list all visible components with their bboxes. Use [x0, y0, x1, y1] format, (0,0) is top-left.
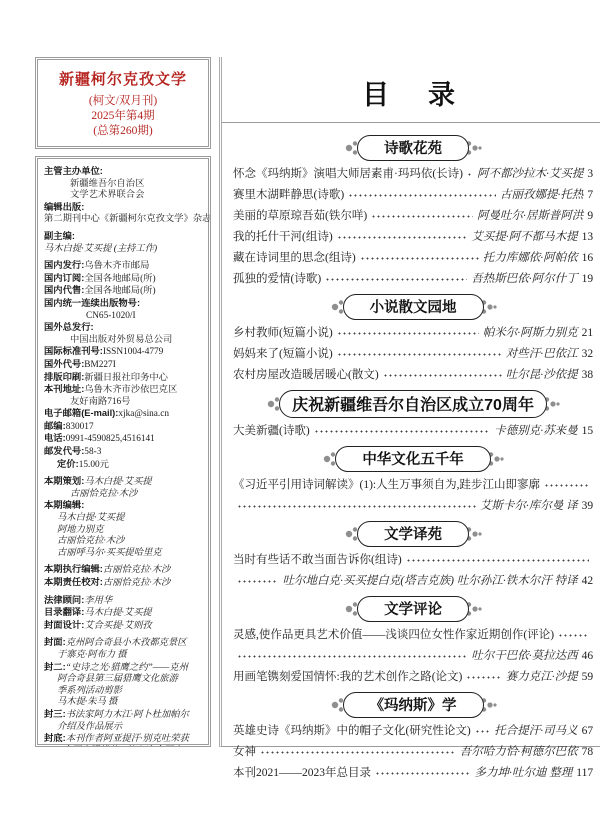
section-banner-row: 《玛纳斯》学 — [233, 692, 593, 718]
info-line: 本刊地址:乌鲁木齐市沙依巴克区 — [44, 384, 203, 397]
toc-entry-title: 怀念《玛纳斯》演唱大师居素甫·玛玛依(长诗) — [233, 164, 463, 185]
toc-entry-page: 38 — [582, 365, 594, 386]
toc-entry: 乡村教师(短篇小说)帕米尔·阿斯力别克21 — [233, 323, 593, 344]
section-banner: 庆祝新疆维吾尔自治区成立70周年 — [279, 390, 547, 418]
info-line-value: 全国各地邮局(所) — [84, 274, 155, 284]
info-line: 法律顾问:李用华 — [44, 595, 203, 608]
toc-entry-author: 托力库娜依·阿帕依 — [483, 248, 578, 269]
info-line: 目录翻译:马木白提·艾买提 — [44, 607, 203, 620]
toc-dot-leader — [375, 771, 471, 776]
toc-dot-leader — [260, 750, 456, 755]
info-line: 国内统一连续出版物号: — [44, 298, 203, 311]
info-line-label: 封面设计: — [44, 620, 84, 630]
toc-dot-leader — [371, 214, 473, 219]
info-line-label: 本期责任校对: — [44, 577, 103, 587]
imprint-info-box: 主管主办单位:新疆维吾尔自治区文学艺术界联合会编辑出版:第二期刊中心《新疆柯尔克… — [35, 156, 211, 747]
toc-dot-leader — [337, 235, 468, 240]
toc-dot-leader — [544, 483, 589, 488]
info-line-label: 主管主办单位: — [44, 166, 103, 176]
info-line: 本期责任校对:古丽恰克拉·木沙 — [44, 577, 203, 590]
info-line: 国外总发行: — [44, 322, 203, 335]
info-line: 封面:克州阿合奇县小木孜都克景区 — [44, 637, 203, 650]
toc-dot-leader — [314, 429, 491, 434]
info-line-value: 阿地力别克 — [57, 525, 103, 535]
info-line: “全国自强模范”(第七次全国自 — [44, 746, 203, 747]
info-line-label: 本期策划: — [44, 476, 84, 486]
toc-dot-leader — [558, 633, 589, 638]
info-line-value: 古丽恰克拉·木沙 — [70, 489, 137, 499]
toc-entry-author: 吾尔哈力恰·柯德尔巴依 — [460, 742, 578, 763]
toc-entry-author: 赛力克江·沙提 — [506, 667, 578, 688]
toc-entry-line2: 艾斯卡尔·库尔曼 译39 — [233, 496, 593, 517]
info-line-value: 全国各地邮局(所) — [84, 286, 155, 296]
toc-entry-title: 我的托什干河(组诗) — [233, 227, 333, 248]
masthead-box: 新疆柯尔克孜文学 (柯文/双月刊) 2025年第4期 (总第260期) — [35, 57, 211, 149]
toc-entry-title: 藏在诗词里的思念(组诗) — [233, 248, 356, 269]
info-line: 马木白提·艾买提 (主持工作) — [44, 244, 203, 256]
info-line-value: BM227I — [84, 360, 116, 370]
info-line-label: 国内代售: — [44, 285, 84, 295]
toc-dot-leader — [337, 331, 479, 336]
info-line: 国际标准刊号:ISSN1004-4779 — [44, 346, 203, 359]
section-banner: 《玛纳斯》学 — [343, 692, 484, 718]
info-line-value: 古丽恰克拉·木沙 — [57, 536, 124, 546]
section-banner-row: 庆祝新疆维吾尔自治区成立70周年 — [233, 390, 593, 418]
info-line: 古丽恰克拉·木沙 — [44, 489, 203, 501]
info-line-label: 法律顾问: — [44, 595, 84, 605]
toc-entry-title: 用画笔镌刻爱国情怀:我的艺术创作之路(论文) — [233, 667, 462, 688]
toc-dot-leader — [325, 277, 467, 282]
toc-entry-page: 117 — [576, 763, 593, 784]
toc-entry-page: 46 — [582, 646, 594, 667]
info-line: 文学艺术界联合会 — [44, 190, 203, 202]
section-banner: 文学译苑 — [357, 521, 469, 547]
info-line-value: 新疆日报社印务中心 — [84, 373, 168, 383]
toc-entry: 本刊2021——2023年总目录多力坤·吐尔迪 整理117 — [233, 763, 593, 784]
toc-entry-title: 孤独的爱情(诗歌) — [233, 269, 321, 290]
info-line: 邮发代号:58-3 — [44, 446, 203, 459]
info-line-value: xjka@sina.cn — [118, 409, 169, 419]
section-banner: 诗歌花苑 — [357, 135, 469, 161]
toc-entry-line2: 吐尔干巴依·莫拉达西46 — [233, 646, 593, 667]
info-line-label: 国外总发行: — [44, 322, 94, 332]
info-line: 封三:书法家阿力木江·阿卜杜加帕尔 — [44, 709, 203, 722]
toc-entry-page: 39 — [582, 496, 594, 517]
info-line: 阿合奇县第三届猎鹰文化旅游 — [44, 674, 203, 686]
info-line: 本期执行编辑:古丽恰克拉·木沙 — [44, 564, 203, 577]
toc-entry-author: 多力坤·吐尔迪 整理 — [475, 763, 573, 784]
toc-entry-title: 当时有些话不敢当面告诉你(组诗) — [233, 550, 402, 571]
toc-header: 目 录 — [222, 57, 600, 123]
toc-entry: 大美新疆(诗歌)卡德别克·苏来曼15 — [233, 421, 593, 442]
info-line: 第二期刊中心《新疆柯尔克孜文学》杂志 — [44, 214, 203, 226]
section-banner-row: 诗歌花苑 — [233, 135, 593, 161]
info-line-value: 0991-4590825,4516141 — [66, 434, 155, 444]
info-line-value: 李用华 — [84, 596, 112, 606]
toc-entry-title: 乡村教师(短篇小说) — [233, 323, 333, 344]
info-line-value: 马木白提·艾买提 (主持工作) — [44, 244, 157, 254]
info-line-label: 目录翻译: — [44, 607, 84, 617]
info-line: 古丽恰克拉·木沙 — [44, 536, 203, 548]
info-line-label: 电话: — [44, 433, 66, 443]
toc-dot-leader — [237, 579, 278, 584]
toc-entry-line1: 《习近平引用诗词解读》(1):人生万事须自为,跬步江山即寥廓 — [233, 475, 593, 496]
info-line-label: 电子邮箱(E-mail): — [44, 408, 118, 418]
section-banner: 小说散文园地 — [343, 294, 484, 320]
info-line-value: 马木白提·艾买提 — [57, 513, 124, 523]
info-line-label: 排版印刷: — [44, 372, 84, 382]
toc-dot-leader — [383, 373, 502, 378]
toc-entry-line1: 当时有些话不敢当面告诉你(组诗) — [233, 550, 593, 571]
info-line-label: 副主编: — [44, 231, 75, 241]
toc-entry: 用画笔镌刻爱国情怀:我的艺术创作之路(论文)赛力克江·沙提59 — [233, 667, 593, 688]
info-line: 中国出版对外贸易总公司 — [44, 335, 203, 347]
info-line: 编辑出版: — [44, 202, 203, 215]
toc-entry: 怀念《玛纳斯》演唱大师居素甫·玛玛依(长诗)阿不都沙拉木·艾买提3 — [233, 164, 593, 185]
info-line-value: CN65-1020/I — [86, 311, 136, 321]
toc-entry-author: 吐尔干巴依·莫拉达西 — [471, 646, 577, 667]
toc-entry-page: 19 — [582, 269, 594, 290]
toc-entry: 女神吾尔哈力恰·柯德尔巴依78 — [233, 742, 593, 763]
info-line-label: 封面: — [44, 637, 66, 647]
info-line: 定价:15.00元 — [44, 459, 203, 472]
toc-entry-title: 赛里木湖畔静思(诗歌) — [233, 185, 344, 206]
toc-entry: 赛里木湖畔静思(诗歌)古丽孜娜提·托热7 — [233, 185, 593, 206]
info-line-value: 15.00元 — [79, 460, 109, 470]
issue-number: 2025年第4期 — [40, 109, 206, 124]
toc-entry-page: 59 — [582, 667, 594, 688]
toc-entry-page: 7 — [587, 185, 593, 206]
toc-column: 目 录 诗歌花苑怀念《玛纳斯》演唱大师居素甫·玛玛依(长诗)阿不都沙拉木·艾买提… — [219, 57, 600, 747]
info-line-label: 国外代号: — [44, 359, 84, 369]
info-line: 封二:“史诗之光·猎鹰之约”——克州 — [44, 662, 203, 675]
toc-entry-title: 美丽的草原琼吾茹(铁尔咩) — [233, 206, 367, 227]
info-line-value: 马木提·朱马 摄 — [57, 697, 117, 707]
info-line-label: 定价: — [57, 459, 79, 469]
info-line: 马木白提·艾买提 — [44, 513, 203, 525]
toc-entry-title: 《习近平引用诗词解读》(1):人生万事须自为,跬步江山即寥廓 — [233, 475, 540, 496]
toc-entry-author: 阿不都沙拉木·艾买提 — [477, 164, 583, 185]
toc-entry: 孤独的爱情(诗歌)吾热斯巴依·阿尔什丁19 — [233, 269, 593, 290]
info-line-value: 艾合买提·艾则孜 — [84, 621, 151, 631]
info-line-value: 阿合奇县第三届猎鹰文化旅游 — [57, 674, 178, 684]
toc-entry-author: 艾买提·阿不都马木提 — [471, 227, 577, 248]
toc-entry-author: 吐尔昆·沙依提 — [506, 365, 578, 386]
info-line-value: 季系列活动剪影 — [57, 686, 122, 696]
info-line-value: 友好南路716号 — [70, 397, 130, 407]
section-banner-row: 文学译苑 — [233, 521, 593, 547]
info-line-label: 封二: — [44, 662, 66, 672]
toc-entry-author: 阿曼吐尔·居斯普阿洪 — [477, 206, 583, 227]
info-line-label: 本刊地址: — [44, 384, 84, 394]
toc-entry: 美丽的草原琼吾茹(铁尔咩)阿曼吐尔·居斯普阿洪9 — [233, 206, 593, 227]
toc-entry-page: 67 — [582, 721, 594, 742]
info-line-value: 乌鲁木齐市邮局 — [84, 261, 149, 271]
section-banner: 文学评论 — [357, 596, 469, 622]
info-line-value: 新疆维吾尔自治区 — [70, 179, 144, 189]
section-banner-row: 文学评论 — [233, 596, 593, 622]
info-line: 封底:本刊作者阿亚提汗·别克吐荣获 — [44, 733, 203, 746]
info-line-value: 乌鲁木齐市沙依巴克区 — [84, 385, 177, 395]
toc-entry-title: 妈妈来了(短篇小说) — [233, 344, 333, 365]
toc-entry-page: 32 — [582, 344, 594, 365]
info-line-label: 本期编辑: — [44, 500, 84, 510]
info-line-value: 58-3 — [84, 447, 101, 457]
info-line-value: ISSN1004-4779 — [103, 347, 163, 357]
toc-entry-page: 16 — [582, 248, 594, 269]
info-line: 主管主办单位: — [44, 166, 203, 179]
info-line-value: 830017 — [66, 422, 94, 432]
toc-entry-title: 农村房屋改造暖居暖心(散文) — [233, 365, 379, 386]
info-line-value: 马木白提·艾买提 — [84, 608, 151, 618]
info-line: 新疆维吾尔自治区 — [44, 179, 203, 191]
info-line-label: 邮发代号: — [44, 446, 84, 456]
info-line: 本期编辑: — [44, 500, 203, 513]
info-line: 本期策划:马木白提·艾买提 — [44, 476, 203, 489]
info-line: 古丽呼马尔·买买提哈里克 — [44, 548, 203, 560]
info-line: 国内代售:全国各地邮局(所) — [44, 285, 203, 298]
toc-sections: 诗歌花苑怀念《玛纳斯》演唱大师居素甫·玛玛依(长诗)阿不都沙拉木·艾买提3赛里木… — [233, 131, 593, 784]
info-line-label: 国内订阅: — [44, 273, 84, 283]
section-banner-row: 中华文化五千年 — [233, 446, 593, 472]
toc-entry: 妈妈来了(短篇小说)对些汗·巴依江32 — [233, 344, 593, 365]
imprint-sidebar: 新疆柯尔克孜文学 (柯文/双月刊) 2025年第4期 (总第260期) 主管主办… — [35, 57, 211, 747]
toc-entry-author: 托合提汗·司马义 — [494, 721, 577, 742]
toc-entry-title: 英雄史诗《玛纳斯》中的帽子文化(研究性论文) — [233, 721, 471, 742]
toc-entry-page: 13 — [582, 227, 594, 248]
toc-entry-page: 15 — [582, 421, 594, 442]
info-line: 马木提·朱马 摄 — [44, 697, 203, 709]
toc-dot-leader — [467, 172, 473, 177]
toc-dot-leader — [475, 729, 491, 734]
info-line-value: 古丽恰克拉·木沙 — [103, 565, 170, 575]
toc-dot-leader — [337, 352, 502, 357]
toc-entry-author: 艾斯卡尔·库尔曼 译 — [480, 496, 578, 517]
info-line-label: 国内统一连续出版物号: — [44, 298, 140, 308]
toc-entry-author: 卡德别克·苏来曼 — [494, 421, 577, 442]
toc-entry-author: 古丽孜娜提·托热 — [500, 185, 583, 206]
toc-entry-line2: 吐尔地白克·买买提白克(塔吉克族) 吐尔孙江·铁木尔汗 特译42 — [233, 571, 593, 592]
info-line: 国外代号:BM227I — [44, 359, 203, 372]
info-line: CN65-1020/I — [44, 311, 203, 323]
info-line-label: 封底: — [44, 733, 66, 743]
toc-entry-page: 42 — [582, 571, 594, 592]
info-line: 于寨克·阿布力 摄 — [44, 650, 203, 662]
toc-dot-leader — [348, 193, 496, 198]
info-line-value: 中国出版对外贸易总公司 — [70, 335, 172, 345]
info-line: 电子邮箱(E-mail):xjka@sina.cn — [44, 408, 203, 421]
info-line-label: 封三: — [44, 709, 66, 719]
toc-entry-title: 女神 — [233, 742, 256, 763]
info-line-value: 文学艺术界联合会 — [70, 190, 144, 200]
magazine-subtitle: (柯文/双月刊) — [40, 94, 206, 109]
toc-entry-page: 78 — [582, 742, 594, 763]
toc-entry-author: 吐尔地白克·买买提白克(塔吉克族) 吐尔孙江·铁木尔汗 特译 — [282, 571, 577, 592]
toc-entry: 农村房屋改造暖居暖心(散文)吐尔昆·沙依提38 — [233, 365, 593, 386]
info-line-value: “全国自强模范”(第七次全国自 — [57, 746, 182, 747]
info-line: 国内订阅:全国各地邮局(所) — [44, 273, 203, 286]
info-line-value: 古丽恰克拉·木沙 — [103, 578, 170, 588]
info-line-label: 国际标准刊号: — [44, 346, 103, 356]
info-line-label: 邮编: — [44, 421, 66, 431]
info-line: 国内发行:乌鲁木齐市邮局 — [44, 260, 203, 273]
page-layout: 新疆柯尔克孜文学 (柯文/双月刊) 2025年第4期 (总第260期) 主管主办… — [35, 57, 577, 747]
total-issue-number: (总第260期) — [40, 124, 206, 139]
info-line: 电话:0991-4590825,4516141 — [44, 433, 203, 446]
info-line: 排版印刷:新疆日报社印务中心 — [44, 372, 203, 385]
toc-entry-page: 9 — [587, 206, 593, 227]
toc-entry: 藏在诗词里的思念(组诗)托力库娜依·阿帕依16 — [233, 248, 593, 269]
toc-entry-author: 对些汗·巴依江 — [506, 344, 578, 365]
toc-entry-page: 3 — [587, 164, 593, 185]
toc-entry-line1: 灵感,使作品更具艺术价值——浅谈四位女性作家近期创作(评论) — [233, 625, 593, 646]
info-line: 介绍及作品展示 — [44, 722, 203, 734]
toc-page-title: 目 录 — [362, 80, 461, 110]
info-line-value: 于寨克·阿布力 摄 — [57, 650, 127, 660]
toc-dot-leader — [466, 675, 501, 680]
info-line: 封面设计:艾合买提·艾则孜 — [44, 620, 203, 633]
section-banner-row: 小说散文园地 — [233, 294, 593, 320]
toc-entry-author: 吾热斯巴依·阿尔什丁 — [471, 269, 577, 290]
info-line-value: 书法家阿力木江·阿卜杜加帕尔 — [66, 710, 189, 720]
info-line-label: 国内发行: — [44, 260, 84, 270]
toc-entry-author: 帕米尔·阿斯力别克 — [483, 323, 578, 344]
info-line-value: 第二期刊中心《新疆柯尔克孜文学》杂志 — [44, 214, 211, 224]
magazine-toc-page: 新疆柯尔克孜文学 (柯文/双月刊) 2025年第4期 (总第260期) 主管主办… — [0, 0, 600, 813]
toc-dot-leader — [360, 256, 479, 261]
info-line-value: 古丽呼马尔·买买提哈里克 — [57, 548, 162, 558]
magazine-title: 新疆柯尔克孜文学 — [40, 68, 206, 89]
info-line: 副主编: — [44, 231, 203, 244]
toc-entry-title: 灵感,使作品更具艺术价值——浅谈四位女性作家近期创作(评论) — [233, 625, 554, 646]
info-line: 季系列活动剪影 — [44, 686, 203, 698]
toc-entry-page: 21 — [582, 323, 594, 344]
info-line-value: “史诗之光·猎鹰之约”——克州 — [66, 663, 188, 673]
toc-entry: 我的托什干河(组诗)艾买提·阿不都马木提13 — [233, 227, 593, 248]
toc-entry-title: 本刊2021——2023年总目录 — [233, 763, 371, 784]
info-line-value: 介绍及作品展示 — [57, 722, 122, 732]
toc-dot-leader — [406, 558, 589, 563]
toc-entry: 英雄史诗《玛纳斯》中的帽子文化(研究性论文)托合提汗·司马义67 — [233, 721, 593, 742]
info-line-label: 编辑出版: — [44, 202, 84, 212]
info-line-value: 马木白提·艾买提 — [84, 477, 151, 487]
info-line-value: 本刊作者阿亚提汗·别克吐荣获 — [66, 734, 189, 744]
info-line: 友好南路716号 — [44, 397, 203, 409]
toc-dot-leader — [237, 504, 476, 509]
info-line-value: 克州阿合奇县小木孜都克景区 — [66, 638, 187, 648]
toc-entry-title: 大美新疆(诗歌) — [233, 421, 310, 442]
section-banner: 中华文化五千年 — [335, 446, 491, 472]
info-line-label: 本期执行编辑: — [44, 564, 103, 574]
info-line: 邮编:830017 — [44, 421, 203, 434]
info-line: 阿地力别克 — [44, 525, 203, 537]
toc-dot-leader — [237, 654, 467, 659]
